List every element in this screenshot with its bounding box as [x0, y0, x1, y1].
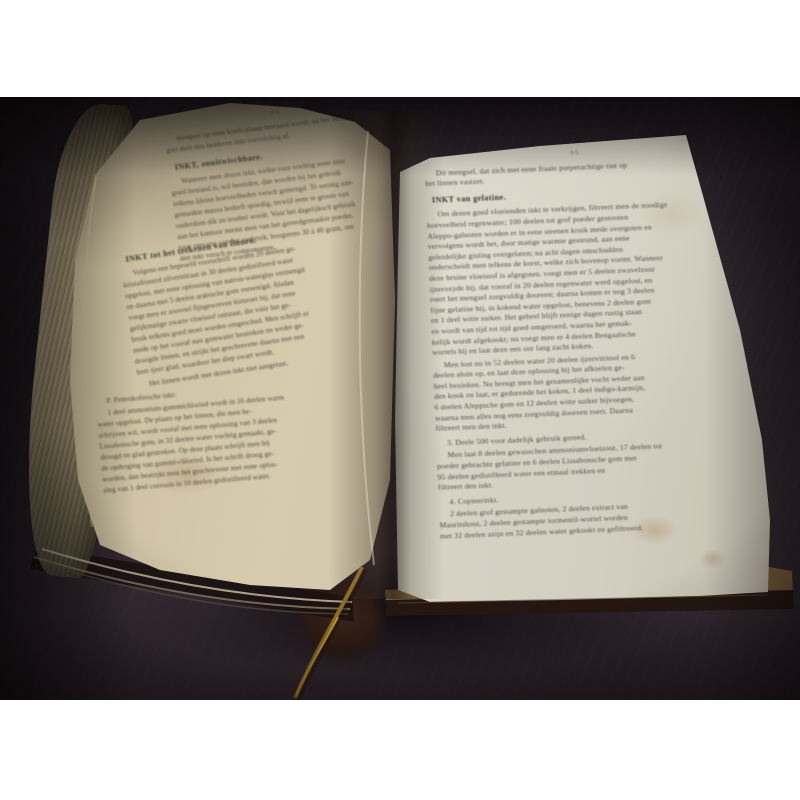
gutter-shadow	[328, 111, 444, 599]
page-stain	[698, 549, 726, 569]
paragraph: Men lost nu in 52 deelen water 20 deelen…	[433, 348, 738, 435]
photo-frame: 94 mengsel op eene koele plaats bewaard …	[0, 0, 800, 800]
right-page-text: 95 Dit mengsel, dat zich met eene fraaie…	[424, 142, 742, 543]
book-photo: 94 mengsel op eene koele plaats bewaard …	[0, 97, 800, 700]
paragraph: Om dezen goed vloeienden inkt te verkrij…	[426, 198, 734, 359]
letterbox-top	[0, 0, 800, 97]
letterbox-bottom	[0, 700, 800, 800]
